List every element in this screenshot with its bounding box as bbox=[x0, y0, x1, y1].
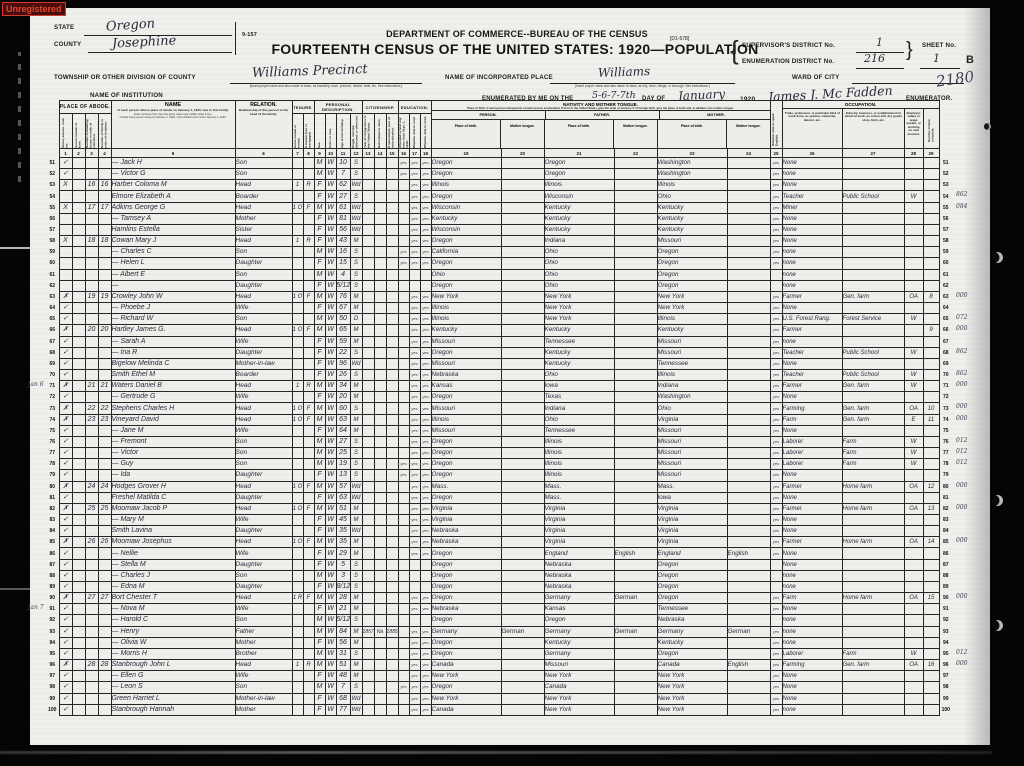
cell-color: W bbox=[325, 448, 336, 459]
cell-school bbox=[398, 559, 409, 570]
cell-age: 10 bbox=[336, 158, 350, 169]
cell-name: Smith Lavina bbox=[111, 526, 235, 537]
table-row: 66✗2020Hartley James G.Head1 OFMW65Myesy… bbox=[46, 325, 952, 336]
cell-relation: Son bbox=[235, 459, 292, 470]
cell-father_tongue bbox=[614, 704, 657, 715]
cell-read bbox=[409, 559, 420, 570]
cell-industry bbox=[842, 224, 904, 235]
column-number: 26 bbox=[782, 149, 842, 158]
cell-farm_no bbox=[923, 515, 939, 526]
cell-employment bbox=[904, 358, 923, 369]
cell-english: yes bbox=[770, 537, 782, 548]
cell-mortgage: F bbox=[303, 593, 314, 604]
cell-trade: None bbox=[782, 358, 842, 369]
cell-farm_no: 16 bbox=[923, 660, 939, 671]
cell-owned bbox=[292, 169, 303, 180]
table-row: 57Hamlins EstellaSisterFW56WdyesyesWisco… bbox=[46, 224, 952, 235]
column-number: 20 bbox=[501, 149, 544, 158]
cell-mortgage bbox=[303, 269, 314, 280]
cell-pob_tongue bbox=[501, 537, 544, 548]
cell-street: ✓ bbox=[59, 347, 72, 358]
right-margin-note: 000 bbox=[956, 504, 967, 511]
cell-naturalized bbox=[374, 269, 386, 280]
cell-mother_tongue bbox=[727, 325, 770, 336]
cell-marital: M bbox=[350, 537, 362, 548]
table-row: 70✓Smith Ethel MBoarderFW26SyesyesNebras… bbox=[46, 369, 952, 380]
cell-employment bbox=[904, 425, 923, 436]
cell-english: yes bbox=[770, 671, 782, 682]
cell-naturalized bbox=[374, 682, 386, 693]
cell-industry bbox=[842, 236, 904, 247]
punch-hole bbox=[984, 123, 991, 130]
cell-employment bbox=[904, 682, 923, 693]
cell-family bbox=[98, 615, 111, 626]
cell-sex: F bbox=[314, 358, 325, 369]
cell-industry bbox=[842, 470, 904, 481]
cell-mother_pob: Missouri bbox=[657, 347, 727, 358]
cell-street: ✓ bbox=[59, 158, 72, 169]
cell-mother_tongue bbox=[727, 503, 770, 514]
cell-relation: Son bbox=[235, 169, 292, 180]
cell-pob: Wisconsin bbox=[431, 202, 501, 213]
cell-relation: Head bbox=[235, 236, 292, 247]
cell-read: yes bbox=[409, 358, 420, 369]
cell-sex: F bbox=[314, 191, 325, 202]
cell-immigration bbox=[362, 280, 374, 291]
cell-pob_tongue bbox=[501, 515, 544, 526]
cell-age: 15 bbox=[336, 258, 350, 269]
cell-write bbox=[420, 280, 431, 291]
cell-naturalized bbox=[374, 704, 386, 715]
line-number-right: 86 bbox=[939, 548, 952, 559]
cell-nat_year bbox=[386, 459, 398, 470]
cell-employment bbox=[904, 258, 923, 269]
cell-mother_pob: Illinois bbox=[657, 314, 727, 325]
cell-mother_pob: Kentucky bbox=[657, 325, 727, 336]
cell-trade: Laborer bbox=[782, 436, 842, 447]
cell-house bbox=[72, 169, 85, 180]
cell-mother_tongue bbox=[727, 615, 770, 626]
cell-farm_no bbox=[923, 280, 939, 291]
cell-mother_pob: Oregon bbox=[657, 593, 727, 604]
cell-industry bbox=[842, 604, 904, 615]
cell-sex: F bbox=[314, 548, 325, 559]
cell-employment: OA bbox=[904, 660, 923, 671]
cell-family bbox=[98, 280, 111, 291]
cell-english bbox=[770, 570, 782, 581]
cell-english: yes bbox=[770, 648, 782, 659]
right-margin-note: 000 bbox=[956, 537, 967, 544]
cell-nat_year bbox=[386, 392, 398, 403]
line-number-left: 75 bbox=[46, 425, 59, 436]
cell-pob_tongue bbox=[501, 369, 544, 380]
cell-name: — Nova M bbox=[111, 604, 235, 615]
cell-school bbox=[398, 503, 409, 514]
cell-name: — Leon S bbox=[111, 682, 235, 693]
cell-dwelling bbox=[85, 347, 98, 358]
cell-owned bbox=[292, 581, 303, 592]
cell-father_tongue bbox=[614, 648, 657, 659]
cell-name: — Ina R bbox=[111, 347, 235, 358]
cell-mother_tongue bbox=[727, 269, 770, 280]
cell-father_pob: Illinois bbox=[544, 448, 614, 459]
cell-age: 45 bbox=[336, 515, 350, 526]
cell-marital: S bbox=[350, 403, 362, 414]
line-number-right: 77 bbox=[939, 448, 952, 459]
cell-naturalized bbox=[374, 637, 386, 648]
cell-naturalized bbox=[374, 448, 386, 459]
cell-dwelling bbox=[85, 526, 98, 537]
line-number-left: 96 bbox=[46, 660, 59, 671]
cell-mortgage: F bbox=[303, 481, 314, 492]
cell-father_tongue bbox=[614, 381, 657, 392]
cell-relation: Mother-in-law bbox=[235, 693, 292, 704]
cell-family bbox=[98, 526, 111, 537]
cell-marital: S bbox=[350, 570, 362, 581]
cell-mother_pob: New York bbox=[657, 671, 727, 682]
cell-mortgage: R bbox=[303, 381, 314, 392]
cell-house bbox=[72, 704, 85, 715]
group-tenure: TENURE. bbox=[292, 101, 314, 114]
right-margin-note: 000 bbox=[956, 593, 967, 600]
cell-english: yes bbox=[770, 180, 782, 191]
cell-mother_pob: Missouri bbox=[657, 459, 727, 470]
cell-write: yes bbox=[420, 347, 431, 358]
cell-mortgage bbox=[303, 224, 314, 235]
cell-sex: F bbox=[314, 224, 325, 235]
cell-mother_tongue bbox=[727, 347, 770, 358]
cell-name: — Stella M bbox=[111, 559, 235, 570]
cell-sex: F bbox=[314, 258, 325, 269]
cell-school bbox=[398, 693, 409, 704]
cell-father_pob: New York bbox=[544, 671, 614, 682]
cell-father_pob: Kentucky bbox=[544, 202, 614, 213]
cell-father_pob: England bbox=[544, 548, 614, 559]
cell-read: yes bbox=[409, 303, 420, 314]
cell-marital: M bbox=[350, 425, 362, 436]
cell-read: yes bbox=[409, 425, 420, 436]
cell-mortgage: R bbox=[303, 236, 314, 247]
cell-school bbox=[398, 269, 409, 280]
cell-naturalized bbox=[374, 191, 386, 202]
line-number-right: 65 bbox=[939, 314, 952, 325]
cell-mortgage: F bbox=[303, 202, 314, 213]
cell-name: — Morris H bbox=[111, 648, 235, 659]
cell-dwelling bbox=[85, 648, 98, 659]
cell-mother_pob: Oregon bbox=[657, 648, 727, 659]
cell-immigration bbox=[362, 615, 374, 626]
line-number-left: 59 bbox=[46, 247, 59, 258]
line-number-right: 78 bbox=[939, 459, 952, 470]
cell-family: 27 bbox=[98, 593, 111, 604]
col-age: Age at last birthday. bbox=[336, 114, 350, 149]
cell-industry: Gen. farm bbox=[842, 660, 904, 671]
cell-father_pob: Wisconsin bbox=[544, 191, 614, 202]
right-margin-note: 012 bbox=[956, 448, 967, 455]
cell-industry: Gen. farm bbox=[842, 414, 904, 425]
cell-marital: Wd bbox=[350, 358, 362, 369]
cell-relation: Son bbox=[235, 615, 292, 626]
supervisor-value: 1 bbox=[876, 36, 883, 49]
cell-mortgage bbox=[303, 280, 314, 291]
cell-school bbox=[398, 615, 409, 626]
cell-pob_tongue bbox=[501, 570, 544, 581]
cell-read: yes bbox=[409, 403, 420, 414]
cell-mortgage bbox=[303, 448, 314, 459]
cell-father_tongue bbox=[614, 280, 657, 291]
cell-naturalized bbox=[374, 515, 386, 526]
enumeration-label: ENUMERATION DISTRICT No. bbox=[742, 58, 834, 65]
cell-name: Stephens Charles H bbox=[111, 403, 235, 414]
sheet-underline bbox=[920, 58, 960, 69]
cell-immigration bbox=[362, 492, 374, 503]
cell-write bbox=[420, 559, 431, 570]
line-number-right: 71 bbox=[939, 381, 952, 392]
table-row: 52✓— Victor GSonMW7SyesyesyesOregonOrego… bbox=[46, 169, 952, 180]
cell-owned: 1 O bbox=[292, 325, 303, 336]
cell-house bbox=[72, 682, 85, 693]
cell-pob_tongue bbox=[501, 325, 544, 336]
cell-marital: S bbox=[350, 158, 362, 169]
cell-father_pob: Ohio bbox=[544, 414, 614, 425]
cell-mortgage bbox=[303, 548, 314, 559]
cell-father_pob: Oregon bbox=[544, 158, 614, 169]
cell-trade: none bbox=[782, 280, 842, 291]
right-brace: } bbox=[906, 39, 913, 62]
column-number: 3 bbox=[85, 149, 98, 158]
cell-family: 25 bbox=[98, 503, 111, 514]
cell-english: yes bbox=[770, 169, 782, 180]
cell-father_pob: Kentucky bbox=[544, 347, 614, 358]
cell-sex: F bbox=[314, 581, 325, 592]
cell-naturalized bbox=[374, 604, 386, 615]
col-house-number: House number or farm. bbox=[72, 114, 85, 149]
cell-father_pob: Mass. bbox=[544, 481, 614, 492]
cell-employment: W bbox=[904, 191, 923, 202]
line-number-right: 96 bbox=[939, 660, 952, 671]
cell-industry bbox=[842, 258, 904, 269]
cell-farm_no bbox=[923, 604, 939, 615]
cell-street: ✓ bbox=[59, 648, 72, 659]
cell-nat_year bbox=[386, 236, 398, 247]
table-row: 92✓— Harold CSonMW5/12SOregonOregonNebra… bbox=[46, 615, 952, 626]
cell-english: yes bbox=[770, 336, 782, 347]
cell-mother_tongue bbox=[727, 392, 770, 403]
cell-age: 57 bbox=[336, 481, 350, 492]
cell-pob_tongue bbox=[501, 526, 544, 537]
cell-farm_no bbox=[923, 704, 939, 715]
cell-house bbox=[72, 336, 85, 347]
cell-dwelling bbox=[85, 515, 98, 526]
cell-pob_tongue bbox=[501, 682, 544, 693]
col-dwelling-number: Number of dwelling house in order of vis… bbox=[85, 114, 98, 149]
cell-sex: F bbox=[314, 303, 325, 314]
cell-age: 76 bbox=[336, 291, 350, 302]
cell-name: Hamlins Estella bbox=[111, 224, 235, 235]
cell-industry bbox=[842, 303, 904, 314]
cell-father_tongue bbox=[614, 425, 657, 436]
cell-mother_tongue bbox=[727, 704, 770, 715]
cell-house bbox=[72, 570, 85, 581]
cell-industry bbox=[842, 704, 904, 715]
line-number-right: 87 bbox=[939, 559, 952, 570]
cell-pob: Oregon bbox=[431, 593, 501, 604]
cell-mother_pob: Missouri bbox=[657, 436, 727, 447]
cell-write: yes bbox=[420, 336, 431, 347]
line-number-right: 83 bbox=[939, 515, 952, 526]
cell-immigration bbox=[362, 236, 374, 247]
cell-marital: Wd bbox=[350, 704, 362, 715]
cell-color: W bbox=[325, 693, 336, 704]
line-number-left: 94 bbox=[46, 637, 59, 648]
place-label: NAME OF INCORPORATED PLACE bbox=[445, 74, 553, 81]
table-row: 78✓— GuySonMW19SyesyesyesOregonIllinoisM… bbox=[46, 459, 952, 470]
cell-age: 65 bbox=[336, 325, 350, 336]
cell-mother_tongue bbox=[727, 236, 770, 247]
cell-dwelling bbox=[85, 392, 98, 403]
cell-dwelling bbox=[85, 682, 98, 693]
cell-farm_no bbox=[923, 258, 939, 269]
cell-trade: none bbox=[782, 704, 842, 715]
cell-father_tongue bbox=[614, 481, 657, 492]
cell-farm_no bbox=[923, 392, 939, 403]
cell-father_tongue bbox=[614, 336, 657, 347]
line-number-right: 88 bbox=[939, 570, 952, 581]
cell-mother_tongue bbox=[727, 202, 770, 213]
cell-write: yes bbox=[420, 213, 431, 224]
cell-naturalized bbox=[374, 158, 386, 169]
cell-pob_tongue bbox=[501, 158, 544, 169]
cell-marital: S bbox=[350, 459, 362, 470]
cell-family bbox=[98, 515, 111, 526]
cell-family: 26 bbox=[98, 537, 111, 548]
cell-father_pob: Texas bbox=[544, 392, 614, 403]
cell-immigration bbox=[362, 637, 374, 648]
cell-school bbox=[398, 537, 409, 548]
cell-name: Stanbrough John L bbox=[111, 660, 235, 671]
cell-mother_tongue bbox=[727, 693, 770, 704]
table-row: 86✓— NellieWifeFW29MyesyesOregonEnglandE… bbox=[46, 548, 952, 559]
cell-pob_tongue bbox=[501, 492, 544, 503]
cell-family bbox=[98, 191, 111, 202]
cell-pob_tongue bbox=[501, 258, 544, 269]
line-number-left: 60 bbox=[46, 258, 59, 269]
cell-english: yes bbox=[770, 448, 782, 459]
cell-school: yes bbox=[398, 470, 409, 481]
cell-nat_year bbox=[386, 503, 398, 514]
cell-trade: Farmer bbox=[782, 325, 842, 336]
cell-employment bbox=[904, 325, 923, 336]
cell-employment bbox=[904, 269, 923, 280]
cell-dwelling bbox=[85, 704, 98, 715]
cell-write: yes bbox=[420, 158, 431, 169]
cell-owned bbox=[292, 648, 303, 659]
cell-house bbox=[72, 291, 85, 302]
cell-mother_pob: Missouri bbox=[657, 236, 727, 247]
cell-english: yes bbox=[770, 303, 782, 314]
cell-write: yes bbox=[420, 291, 431, 302]
cell-owned: 1 bbox=[292, 180, 303, 191]
cell-write: yes bbox=[420, 236, 431, 247]
cell-industry: Home farm bbox=[842, 481, 904, 492]
table-row: 80✗2424Hodges Grover HHead1 OFMW57Wdyesy… bbox=[46, 481, 952, 492]
cell-family bbox=[98, 347, 111, 358]
cell-read: yes bbox=[409, 604, 420, 615]
cell-owned: 1 bbox=[292, 381, 303, 392]
cell-pob: Illinois bbox=[431, 314, 501, 325]
enumeration-value: 216 bbox=[864, 52, 885, 65]
cell-family: 21 bbox=[98, 381, 111, 392]
cell-school: yes bbox=[398, 682, 409, 693]
cell-father_pob: Tennessee bbox=[544, 425, 614, 436]
cell-father_pob: Virginia bbox=[544, 526, 614, 537]
cell-immigration bbox=[362, 180, 374, 191]
cell-marital: Wd bbox=[350, 213, 362, 224]
line-number-left: 98 bbox=[46, 682, 59, 693]
cell-relation: Head bbox=[235, 593, 292, 604]
punch-hole bbox=[992, 252, 1003, 263]
cell-owned: 1 O bbox=[292, 403, 303, 414]
cell-employment: OA bbox=[904, 403, 923, 414]
cell-school bbox=[398, 392, 409, 403]
line-number-left: 70 bbox=[46, 369, 59, 380]
cell-dwelling: 26 bbox=[85, 537, 98, 548]
line-number-right: 55 bbox=[939, 202, 952, 213]
cell-sex: F bbox=[314, 492, 325, 503]
group-personal: PERSONAL DESCRIPTION. bbox=[314, 101, 362, 114]
cell-pob: Oregon bbox=[431, 570, 501, 581]
cell-age: 25 bbox=[336, 448, 350, 459]
cell-english bbox=[770, 615, 782, 626]
cell-trade: none bbox=[782, 269, 842, 280]
cell-street: ✗ bbox=[59, 403, 72, 414]
cell-farm_no bbox=[923, 191, 939, 202]
cell-father_tongue bbox=[614, 403, 657, 414]
cell-owned bbox=[292, 369, 303, 380]
cell-english: yes bbox=[770, 224, 782, 235]
cell-mortgage bbox=[303, 369, 314, 380]
cell-relation: Daughter bbox=[235, 258, 292, 269]
cell-color: W bbox=[325, 425, 336, 436]
line-number-header bbox=[939, 101, 952, 158]
cell-farm_no: 13 bbox=[923, 503, 939, 514]
cell-pob_tongue bbox=[501, 548, 544, 559]
cell-sex: M bbox=[314, 537, 325, 548]
cell-father_tongue bbox=[614, 515, 657, 526]
cell-house bbox=[72, 693, 85, 704]
cell-english: yes bbox=[770, 236, 782, 247]
column-number: 14 bbox=[374, 149, 386, 158]
cell-sex: M bbox=[314, 503, 325, 514]
cell-trade: None bbox=[782, 213, 842, 224]
cell-sex: M bbox=[314, 682, 325, 693]
cell-immigration bbox=[362, 537, 374, 548]
cell-write: yes bbox=[420, 459, 431, 470]
cell-street: ✓ bbox=[59, 637, 72, 648]
cell-color: W bbox=[325, 169, 336, 180]
cell-trade: None bbox=[782, 526, 842, 537]
cell-age: 26 bbox=[336, 369, 350, 380]
cell-relation: Head bbox=[235, 503, 292, 514]
cell-immigration bbox=[362, 448, 374, 459]
cell-house bbox=[72, 459, 85, 470]
cell-dwelling bbox=[85, 213, 98, 224]
cell-owned: 1 O bbox=[292, 291, 303, 302]
cell-pob: Illinois bbox=[431, 180, 501, 191]
cell-naturalized bbox=[374, 648, 386, 659]
line-number-left: 79 bbox=[46, 470, 59, 481]
cell-mortgage bbox=[303, 626, 314, 637]
